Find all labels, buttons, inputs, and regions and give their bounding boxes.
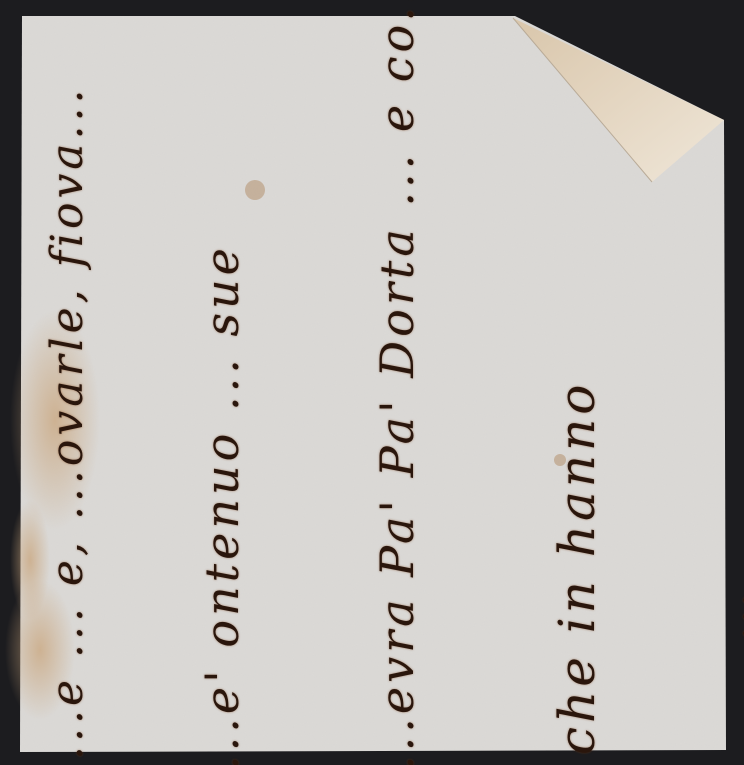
handwriting-line-2: ...e' ontenuo ... sue xyxy=(195,244,249,765)
handwriting-line-5: ... xyxy=(712,590,744,640)
handwriting-line-3: ...evra Pa' Pa' Dorta ... e co... xyxy=(370,0,424,765)
handwriting-line-4: che in hanno xyxy=(548,381,606,755)
handwriting-line-1: ...e ... e, ...ovarle, fiova... xyxy=(42,86,93,761)
